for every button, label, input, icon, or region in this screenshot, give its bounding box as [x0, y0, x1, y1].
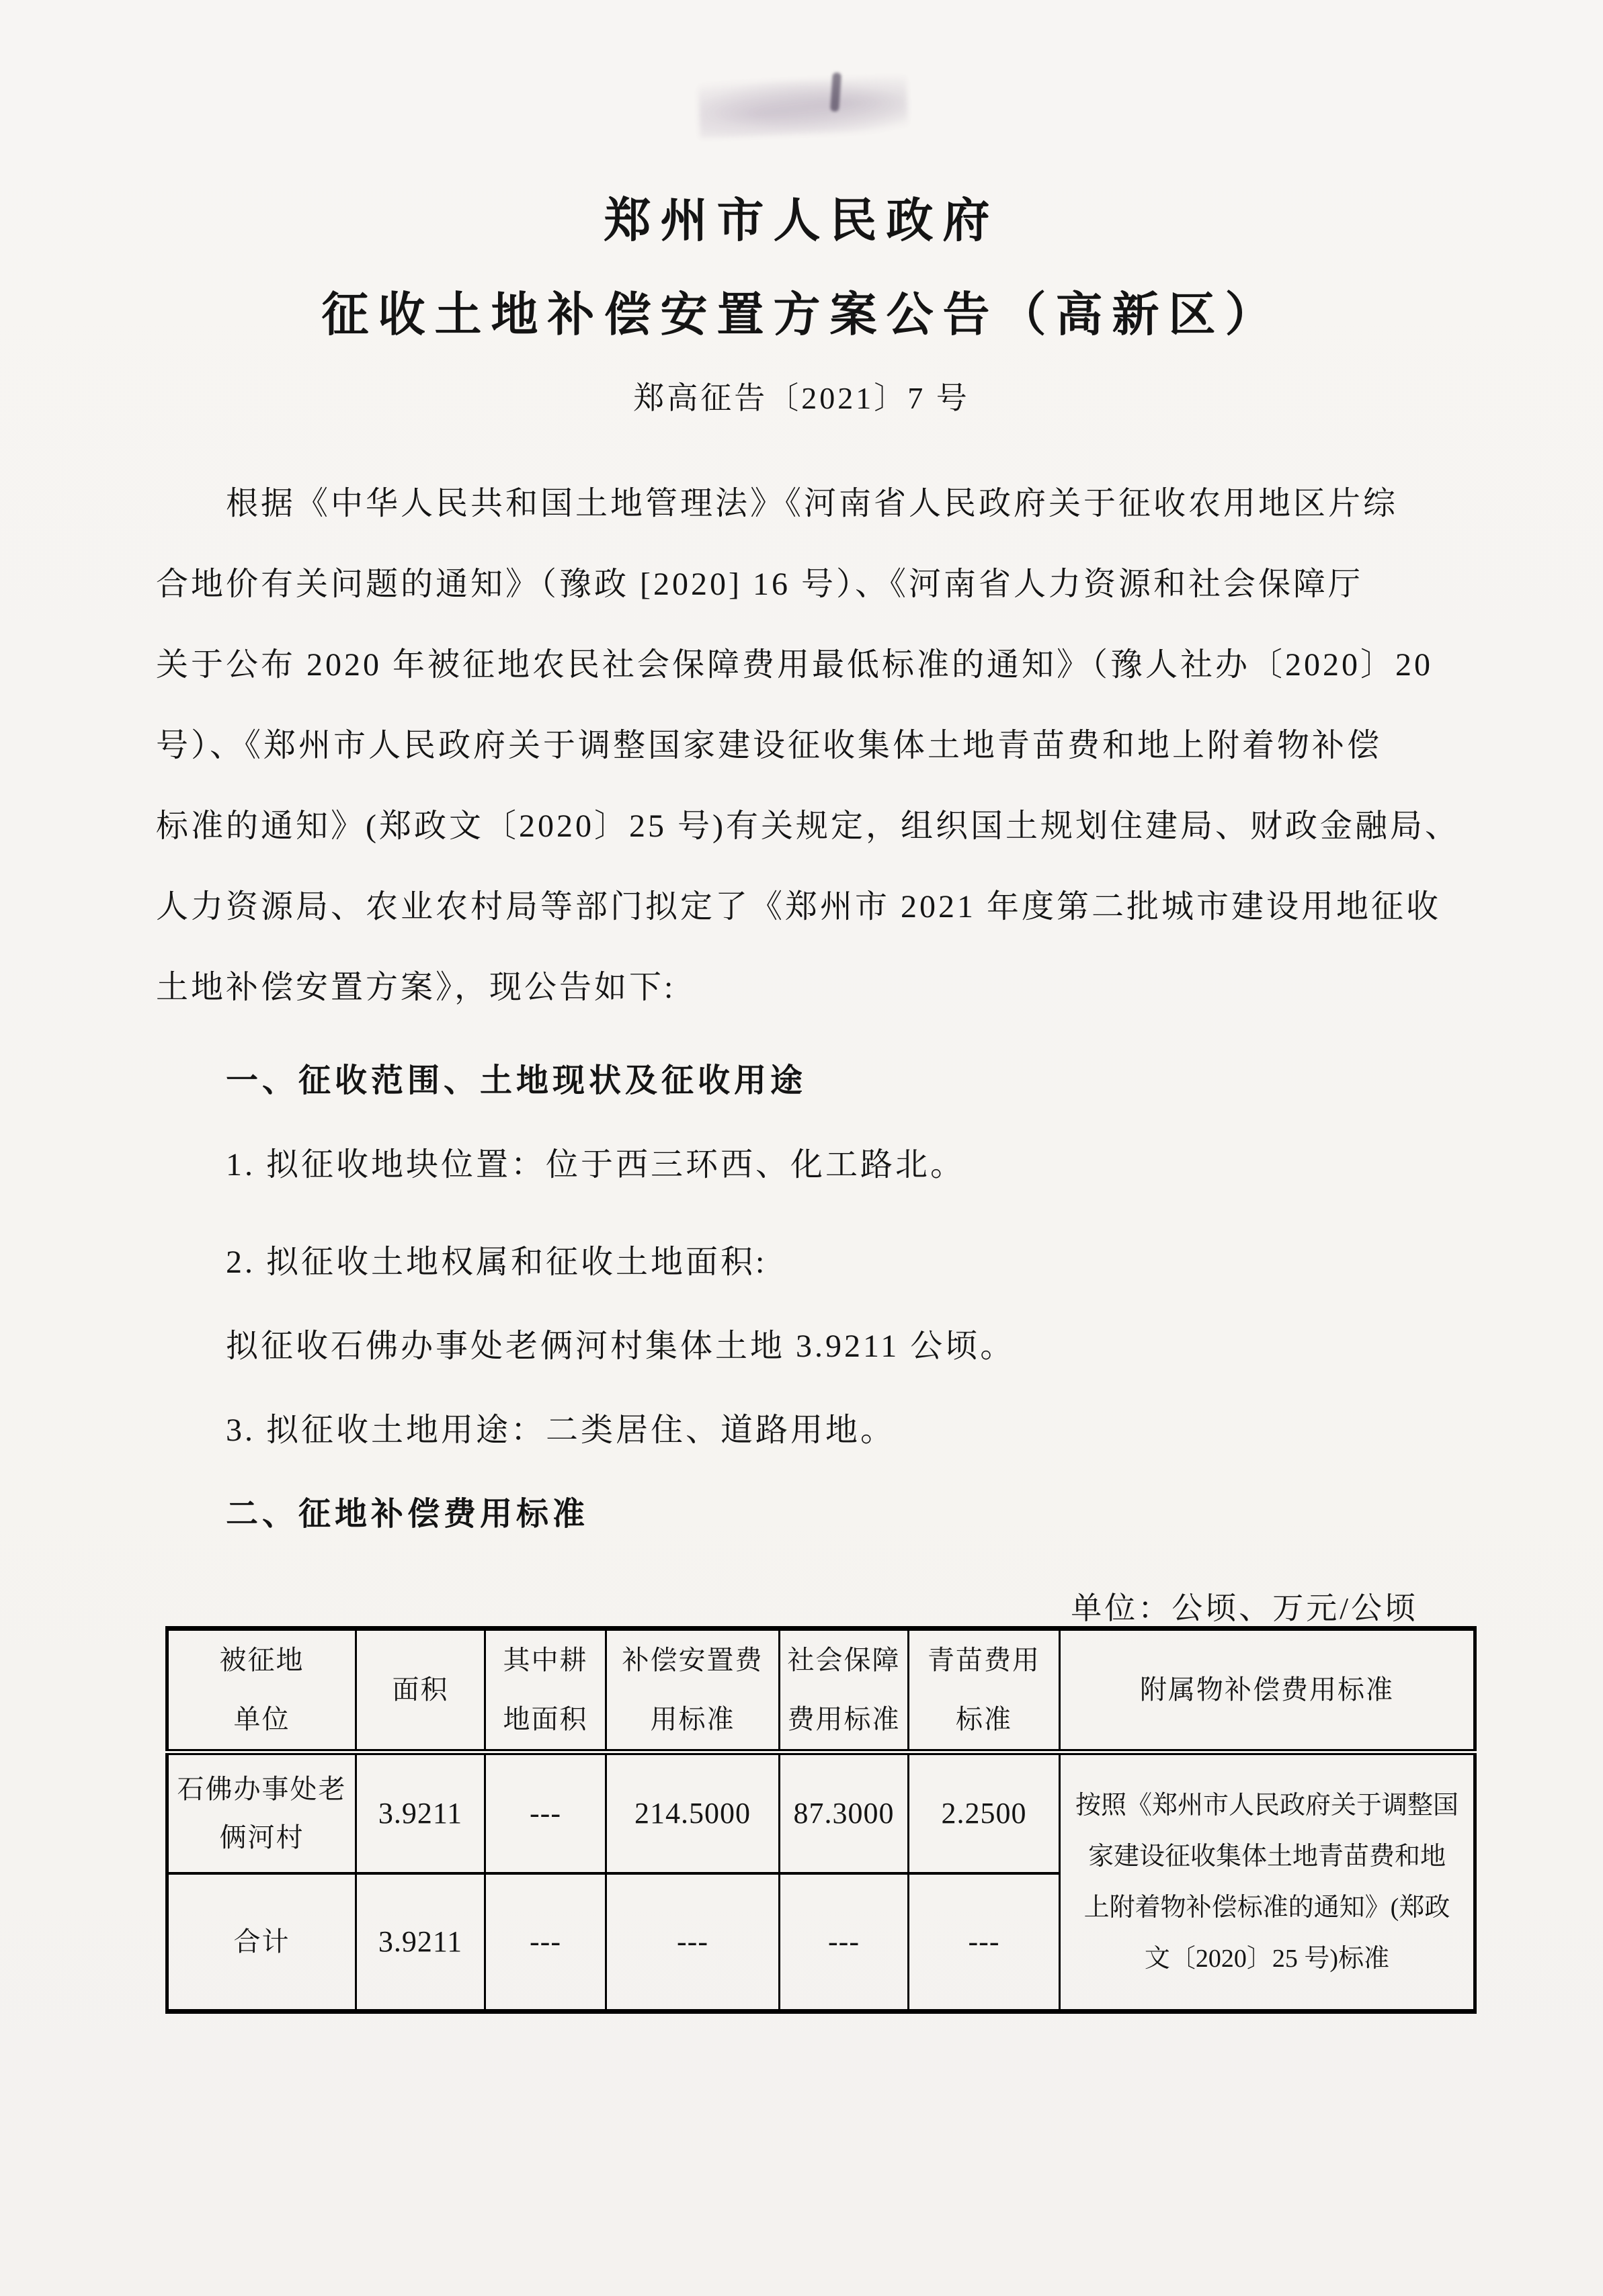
- stamp-smudge: [698, 76, 909, 138]
- paragraph-line: 人力资源局、农业农村局等部门拟定了《郑州市 2021 年度第二批城市建设用地征收: [156, 867, 1493, 947]
- cell-social-security-total: ---: [780, 1873, 909, 2012]
- document-title: 郑州市人民政府: [0, 183, 1603, 251]
- cell-area-total: 3.9211: [356, 1873, 485, 2012]
- item2-text: 2. 拟征收土地权属和征收土地面积:: [226, 1222, 767, 1303]
- col-header-social-security: 社会保障 费用标准: [780, 1629, 909, 1752]
- paragraph-line: 合地价有关问题的通知》（豫政 [2020] 16 号）、《河南省人力资源和社会保…: [156, 544, 1493, 625]
- cell-seedling: 2.2500: [909, 1752, 1060, 1873]
- section1-heading: 一、征收范围、土地现状及征收用途: [226, 1041, 807, 1121]
- col-header-seedling-fee: 青苗费用 标准: [909, 1629, 1060, 1752]
- col-header-appendage: 附属物补偿费用标准: [1060, 1629, 1475, 1752]
- cell-compensation-total: ---: [606, 1873, 780, 2012]
- item3-text: 3. 拟征收土地用途：二类居住、道路用地。: [226, 1390, 895, 1471]
- document-subtitle: 征收土地补偿安置方案公告（高新区）: [0, 277, 1603, 345]
- col-header-cultivated-area: 其中耕 地面积: [485, 1629, 606, 1752]
- col-header-area: 面积: [356, 1629, 485, 1752]
- document-page: 郑州市人民政府 征收土地补偿安置方案公告（高新区） 郑高征告〔2021〕7 号 …: [0, 0, 1603, 2296]
- paragraph-line: 土地补偿安置方案》，现公告如下:: [156, 947, 1493, 1028]
- item1-text: 1. 拟征收地块位置：位于西三环西、化工路北。: [226, 1125, 965, 1205]
- intro-paragraph: 根据《中华人民共和国土地管理法》《河南省人民政府关于征收农用地区片综 合地价有关…: [156, 464, 1493, 1028]
- section2-heading: 二、征地补偿费用标准: [226, 1474, 589, 1555]
- item2-detail-text: 拟征收石佛办事处老俩河村集体土地 3.9211 公顷。: [226, 1306, 1015, 1387]
- paragraph-line: 标准的通知》(郑政文〔2020〕25 号)有关规定，组织国土规划住建局、财政金融…: [156, 786, 1493, 867]
- cell-compensation: 214.5000: [606, 1752, 780, 1873]
- cell-cultivated-total: ---: [485, 1873, 606, 2012]
- paragraph-line: 号）、《郑州市人民政府关于调整国家建设征收集体土地青苗费和地上附着物补偿: [156, 706, 1493, 786]
- compensation-table: 被征地 单位 面积 其中耕 地面积 补偿安置费 用标准 社会保障 费用标准 青苗…: [165, 1626, 1477, 2014]
- paragraph-line: 根据《中华人民共和国土地管理法》《河南省人民政府关于征收农用地区片综: [156, 464, 1493, 544]
- cell-appendage-note: 按照《郑州市人民政府关于调整国 家建设征收集体土地青苗费和地 上附着物补偿标准的…: [1060, 1752, 1475, 2012]
- cell-unit-total: 合计: [167, 1873, 356, 2012]
- cell-seedling-total: ---: [909, 1873, 1060, 2012]
- cell-cultivated: ---: [485, 1752, 606, 1873]
- table-header-row: 被征地 单位 面积 其中耕 地面积 补偿安置费 用标准 社会保障 费用标准 青苗…: [167, 1629, 1475, 1752]
- cell-unit: 石佛办事处老俩河村: [167, 1752, 356, 1873]
- document-number: 郑高征告〔2021〕7 号: [0, 374, 1603, 418]
- col-header-unit: 被征地 单位: [167, 1629, 356, 1752]
- cell-area: 3.9211: [356, 1752, 485, 1873]
- paragraph-line: 关于公布 2020 年被征地农民社会保障费用最低标准的通知》（豫人社办〔2020…: [156, 625, 1493, 706]
- cell-social-security: 87.3000: [780, 1752, 909, 1873]
- col-header-compensation-standard: 补偿安置费 用标准: [606, 1629, 780, 1752]
- table-row: 石佛办事处老俩河村 3.9211 --- 214.5000 87.3000 2.…: [167, 1752, 1475, 1873]
